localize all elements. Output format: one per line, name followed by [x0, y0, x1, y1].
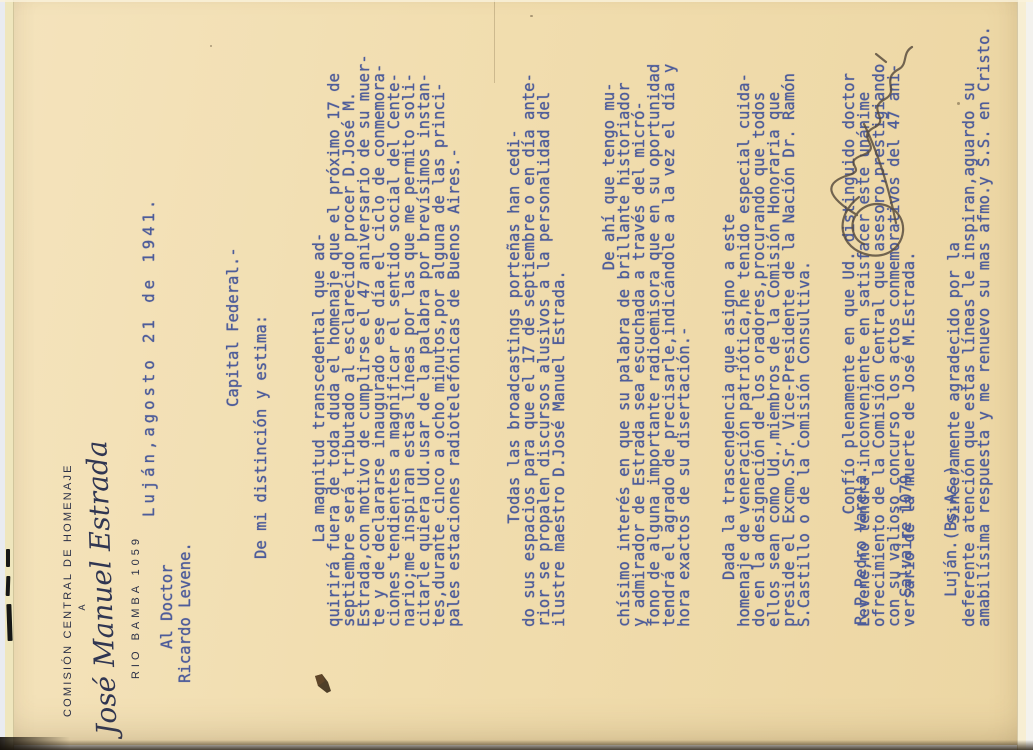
paragraph-3: De ahí que tengo mu-chísimo interés en q… — [602, 15, 692, 627]
scan-edge-right-outer — [1026, 0, 1033, 750]
city-line: Capital Federal.- — [226, 247, 241, 407]
recipient-line-1: Al Doctor — [160, 565, 175, 650]
handwritten-signature — [807, 25, 937, 275]
paragraph-1: La magnitud transcedental que ad-quirirá… — [312, 15, 462, 627]
closing-block: R.P.Pedro Varela. Salvaire 1079 Luján.(B… — [824, 465, 989, 625]
paper-speck-1 — [530, 15, 533, 17]
dateline: Luján,agosto 21 de 1941. — [142, 196, 157, 517]
recipient-line-2: Ricardo Levene. — [178, 542, 193, 683]
binding-mark-1 — [6, 549, 10, 567]
typed-line: pales estaciones radiotelefónicas de Bue… — [447, 15, 462, 627]
paper-speck-2 — [210, 45, 212, 47]
letter-page: COMISIÓN CENTRAL DE HOMENAJE A José Manu… — [12, 0, 1020, 745]
salutation: De mi distinción y estima: — [254, 315, 269, 559]
closing-city: Luján.(Bs.As.) — [944, 465, 959, 625]
typed-line: ilustre maestro D.José Manuel Estrada. — [552, 15, 567, 627]
paper-speck-3 — [957, 102, 960, 105]
ink-smudge — [313, 672, 337, 696]
letterhead-organization: COMISIÓN CENTRAL DE HOMENAJE — [62, 497, 74, 717]
paragraph-4: Dada la trascendencia que asigno a esteh… — [722, 15, 812, 627]
letterhead: COMISIÓN CENTRAL DE HOMENAJE A José Manu… — [62, 497, 87, 717]
scanned-letter: COMISIÓN CENTRAL DE HOMENAJE A José Manu… — [0, 0, 1033, 750]
page-content: COMISIÓN CENTRAL DE HOMENAJE A José Manu… — [12, 0, 1020, 745]
closing-street: Salvaire 1079 — [899, 465, 914, 625]
typed-line: hora exactos de su disertación.- — [677, 15, 692, 627]
scan-edge-left-outer — [0, 0, 5, 750]
binding-mark-2 — [6, 576, 11, 596]
letterhead-street-address: RIO BAMBA 1059 — [130, 497, 142, 717]
closing-name: R.P.Pedro Varela. — [854, 465, 869, 625]
paragraph-2: Todas las broadcastings porteñas han ced… — [507, 15, 567, 627]
paper-crease — [494, 0, 495, 83]
letterhead-honoree-script: José Manuel Estrada — [79, 478, 128, 735]
